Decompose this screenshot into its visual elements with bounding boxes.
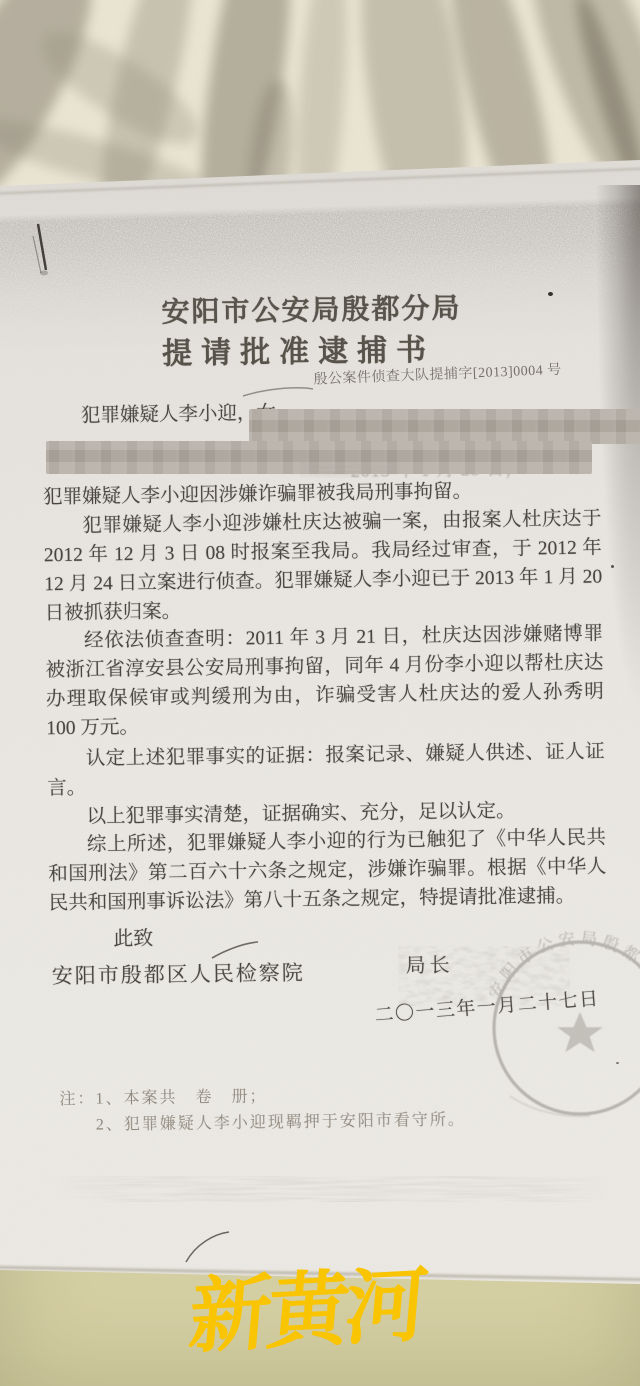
footnote-case-volumes: 注：1、本案共 卷 册； xyxy=(59,1083,267,1109)
illegible-faint-print xyxy=(300,462,400,478)
document-title-line1: 安阳市公安局殷都分局 xyxy=(161,286,462,330)
official-round-stamp: 安阳市公安局殷都分局 xyxy=(470,928,640,1138)
paragraph-evidence: 认定上述犯罪事实的证据：报案记录、嫌疑人供述、证人证言。 xyxy=(47,737,606,803)
press-watermark: 新黄河 xyxy=(185,1240,429,1370)
paragraph-legal-basis: 综上所述，犯罪嫌疑人李小迎的行为已触犯了《中华人民共和国刑法》第二百六十六条之规… xyxy=(48,823,607,918)
paper-sheet: 安阳市公安局殷都分局 提请批准逮捕书 殷公案件侦查大队提捕字[2013]0004… xyxy=(0,0,640,1386)
paragraph-case-filing: 犯罪嫌疑人李小迎涉嫌杜庆达被骗一案，由报案人杜庆达于 2012 年 12 月 3… xyxy=(43,504,603,628)
photo-of-arrest-approval-document: 安阳市公安局殷都分局 提请批准逮捕书 殷公案件侦查大队提捕字[2013]0004… xyxy=(0,0,640,1386)
footnote-custody-location: 2、犯罪嫌疑人李小迎现羁押于安阳市看守所。 xyxy=(96,1106,466,1134)
star-icon xyxy=(557,1012,603,1052)
stamp-arc-text: 安阳市公安局殷都分局 xyxy=(485,929,640,1003)
paragraph-investigation-findings: 经依法侦查查明：2011 年 3 月 21 日，杜庆达因涉嫌赌博罪被浙江省淳安县… xyxy=(45,619,605,743)
toner-smudge-band xyxy=(55,1176,615,1202)
redaction-mosaic xyxy=(249,409,640,444)
svg-text:安阳市公安局殷都分局: 安阳市公安局殷都分局 xyxy=(485,929,640,1003)
addressee-procuratorate: 安阳市殷都区人民检察院 xyxy=(52,957,305,991)
